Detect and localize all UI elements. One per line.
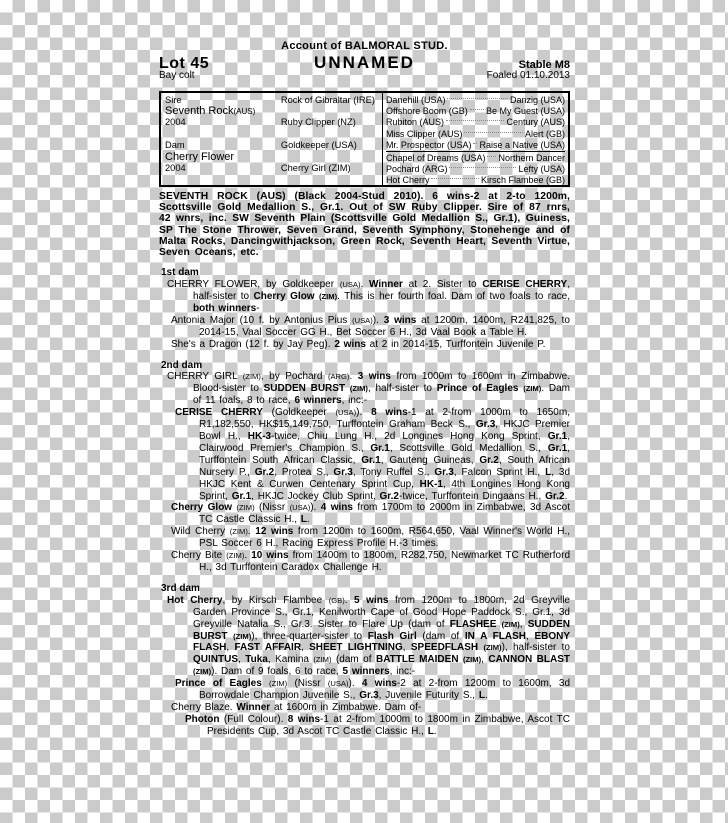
text-segment: , Juvenile Futurity S., xyxy=(379,690,479,701)
ancestor-name: Danzig (USA) xyxy=(510,95,565,105)
text-segment: 5 wins xyxy=(354,595,388,606)
ancestor-name: Lefty (USA) xyxy=(518,164,565,174)
text-segment: (USA) xyxy=(328,679,349,688)
text-segment: (dam of xyxy=(332,654,376,665)
text-segment: 4 wins xyxy=(321,502,353,513)
text-segment: ), half-sister to xyxy=(502,642,570,653)
pedigree-ancestor-row: Mr. Prospector (USA)Raise a Native (USA) xyxy=(386,140,565,152)
ancestor-name: Alert (GB) xyxy=(525,129,565,139)
pedigree-paragraph: She's a Dragon (12 f. by Jay Peg). 2 win… xyxy=(159,339,570,351)
text-segment: Gr.2 xyxy=(255,467,274,478)
dam-section: 2nd damCHERRY GIRL (ZIM), by Pochard (AR… xyxy=(159,360,570,574)
text-segment: Wild Cherry xyxy=(171,526,230,537)
leader-dots xyxy=(487,156,496,157)
text-segment: (ZIM) xyxy=(233,632,251,641)
text-segment: HK-1 xyxy=(420,479,443,490)
ancestor-name: Century (AUS) xyxy=(506,117,565,127)
text-segment: (ZIM) xyxy=(226,551,244,560)
text-segment: Gr.3 xyxy=(333,467,352,478)
pedigree-table: Sire Seventh Rock (AUS) 2004 Dam Cherry … xyxy=(159,91,570,187)
pedigree-col-greatgrandparents: Danehill (USA)Danzig (USA)Offshore Boom … xyxy=(382,93,568,185)
text-segment: ). xyxy=(373,315,384,326)
text-segment: Gr.2 xyxy=(380,491,399,502)
text-segment: (ZIM) xyxy=(502,620,520,629)
text-segment: 6 winners xyxy=(294,395,341,406)
text-segment: , Scottsville Gold Medallion S., xyxy=(390,443,548,454)
damdam: Cherry Girl (ZIM) xyxy=(281,162,382,173)
text-segment: (ZIM) xyxy=(313,655,331,664)
text-segment: , xyxy=(520,619,528,630)
dam-label: Dam xyxy=(165,140,281,151)
text-segment: Gr.1 xyxy=(370,443,389,454)
text-segment: (Nissr xyxy=(255,502,290,513)
text-segment: at 1600m in Zimbabwe. Dam of- xyxy=(270,702,421,713)
text-segment: both winners xyxy=(193,303,256,314)
pedigree-paragraph: Wild Cherry (ZIM). 12 wins from 1200m to… xyxy=(159,526,570,550)
text-segment: Tuka xyxy=(245,654,268,665)
text-segment: - xyxy=(256,303,259,314)
text-segment: (dam of xyxy=(417,631,465,642)
ancestor-name: Chapel of Dreams (USA) xyxy=(386,153,486,163)
spacer-row xyxy=(281,128,382,139)
pedigree-paragraph: CHERRY FLOWER, by Goldkeeper (USA). Winn… xyxy=(159,279,570,315)
leader-dots xyxy=(470,109,484,110)
text-segment: ). xyxy=(348,678,361,689)
text-segment: 12 wins xyxy=(255,526,293,537)
text-segment: , Tony Ruffel S., xyxy=(353,467,434,478)
text-segment: SEVENTH ROCK (AUS) (Black 2004-Stud 2010… xyxy=(159,191,570,258)
text-segment: , half-sister to xyxy=(368,383,437,394)
text-segment: IN A FLASH xyxy=(465,631,526,642)
text-segment: (ZIM) xyxy=(523,384,541,393)
text-segment: , inc:- xyxy=(390,666,415,677)
dam-sections: 1st damCHERRY FLOWER, by Goldkeeper (USA… xyxy=(159,267,570,737)
ancestor-name: Danehill (USA) xyxy=(386,95,446,105)
text-segment: Seventh Rock xyxy=(165,105,233,116)
transparency-checkerboard: Account of BALMORAL STUD. Lot 45 UNNAMED… xyxy=(0,0,728,823)
text-segment: at 2 in 2014-15, Turffontein Juvenile P. xyxy=(366,339,546,350)
pedigree-ancestor-row: Offshore Boom (GB)Be My Guest (USA) xyxy=(386,105,565,116)
text-segment: . xyxy=(485,690,488,701)
catalogue-page: Account of BALMORAL STUD. Lot 45 UNNAMED… xyxy=(159,40,570,738)
text-segment: (Goldkeeper xyxy=(263,407,336,418)
text-segment: (ARG) xyxy=(328,372,350,381)
text-segment: Cherry Glow xyxy=(171,502,237,513)
text-segment: (USA) xyxy=(352,316,373,325)
text-segment: ). xyxy=(356,407,371,418)
text-segment: Prince of Eagles xyxy=(437,383,524,394)
text-segment: Gr.2 xyxy=(479,455,498,466)
pedigree-ancestor-row: Miss Clipper (AUS)Alert (GB) xyxy=(386,128,565,139)
leader-dots xyxy=(449,167,516,168)
leader-dots xyxy=(431,178,479,179)
text-segment: Antonia Major (10 f. by Antonius Pius xyxy=(171,315,352,326)
text-segment: , HKJC Jockey Club Sprint, xyxy=(251,491,379,502)
text-segment: Hot Cherry xyxy=(167,595,222,606)
text-segment: CERISE CHERRY xyxy=(482,279,567,290)
pedigree-paragraph: Photon (Full Colour). 8 wins-1 at 2-from… xyxy=(159,714,570,738)
dam-name: Cherry Flower xyxy=(165,151,281,162)
sire-summary: SEVENTH ROCK (AUS) (Black 2004-Stud 2010… xyxy=(159,191,570,258)
pedigree-paragraph: Hot Cherry, by Kirsch Flambee (GB). 5 wi… xyxy=(159,595,570,678)
text-segment: (ZIM) xyxy=(237,503,255,512)
leader-dots xyxy=(447,98,508,99)
pedigree-ancestor-row: Pochard (ARG)Lefty (USA) xyxy=(386,163,565,174)
text-segment: CANNON BLAST xyxy=(488,654,570,665)
ancestor-name: Northern Dancer xyxy=(498,153,565,163)
text-segment: , xyxy=(403,642,411,653)
text-segment: (ZIM) xyxy=(350,384,368,393)
text-segment: 4 wins xyxy=(362,678,397,689)
text-segment: Cherry Glow xyxy=(254,291,320,302)
text-segment: , by Kirsch Flambee xyxy=(222,595,328,606)
dam-year: 2004 xyxy=(165,162,281,173)
ancestor-name: Hot Cherry xyxy=(386,175,430,185)
text-segment: SPEEDFLASH xyxy=(411,642,484,653)
pedigree-paragraph: Cherry Blaze. Winner at 1600m in Zimbabw… xyxy=(159,702,570,714)
text-segment: SUDDEN BURST xyxy=(264,383,350,394)
text-segment: -twice, Chiu Lung H., 2d Longines Hong K… xyxy=(271,431,548,442)
text-segment: ). xyxy=(310,502,321,513)
text-segment: HK-3 xyxy=(248,431,271,442)
ancestor-name: Miss Clipper (AUS) xyxy=(386,129,463,139)
account-line: Account of BALMORAL STUD. xyxy=(159,40,570,52)
sire-year: 2004 xyxy=(165,117,281,128)
grandsire: Rock of Gibraltar (IRE) xyxy=(281,94,382,105)
text-segment: CHERRY GIRL xyxy=(167,371,243,382)
text-segment: -twice, Turffontein Dingaans H., xyxy=(399,491,545,502)
text-segment: . This is her fourth foal. Dam of two fo… xyxy=(337,291,570,302)
text-segment: Gr.3 xyxy=(434,467,453,478)
text-segment: She's a Dragon (12 f. by Jay Peg). xyxy=(171,339,334,350)
text-segment: , Protea S., xyxy=(274,467,333,478)
text-segment: Gr.1 xyxy=(548,431,567,442)
colour-sex: Bay colt xyxy=(159,70,195,82)
text-segment: (ZIM) xyxy=(193,667,211,676)
dam-section: 3rd damHot Cherry, by Kirsch Flambee (GB… xyxy=(159,583,570,738)
text-segment: (Full Colour). xyxy=(219,714,287,725)
text-segment: Gr.3 xyxy=(359,690,378,701)
text-segment: ), three-quarter-sister to xyxy=(251,631,367,642)
title-row: Lot 45 UNNAMED Stable M8 xyxy=(159,53,570,70)
text-segment: Prince of Eagles xyxy=(175,678,269,689)
damsire: Goldkeeper (USA) xyxy=(281,140,382,151)
spacer-row xyxy=(281,105,382,116)
text-segment: Winner xyxy=(236,702,270,713)
ancestor-name: Mr. Prospector (USA) xyxy=(386,140,472,150)
text-segment: Flash Girl xyxy=(368,631,417,642)
ancestor-name: Raise a Native (USA) xyxy=(479,140,565,150)
pedigree-ancestor-row: Chapel of Dreams (USA)Northern Dancer xyxy=(386,152,565,163)
text-segment: Cherry Blaze. xyxy=(171,702,236,713)
text-segment: . xyxy=(349,371,357,382)
text-segment: , Gauteng Guineas, xyxy=(381,455,480,466)
text-segment: Gr.1 xyxy=(232,491,251,502)
text-segment: (Nissr xyxy=(287,678,328,689)
text-segment: 3 wins xyxy=(384,315,417,326)
text-segment: (ZIM) xyxy=(483,643,501,652)
pedigree-ancestor-row: Danehill (USA)Danzig (USA) xyxy=(386,94,565,105)
pedigree-paragraph: Antonia Major (10 f. by Antonius Pius (U… xyxy=(159,315,570,339)
text-segment: QUINTUS xyxy=(193,654,238,665)
text-segment: Gr.2 xyxy=(545,491,564,502)
text-segment: SHEET LIGHTNING xyxy=(309,642,403,653)
pedigree-paragraph: Cherry Glow (ZIM) (Nissr (USA)). 4 wins … xyxy=(159,502,570,526)
text-segment: Winner xyxy=(369,279,403,290)
text-segment: Photon xyxy=(185,714,219,725)
text-segment: 5 winners xyxy=(343,666,390,677)
text-segment: (ZIM) xyxy=(463,655,481,664)
text-segment: . xyxy=(345,595,354,606)
text-segment: Cherry Flower xyxy=(165,151,234,162)
text-segment: 3 wins xyxy=(358,371,391,382)
text-segment: , inc:- xyxy=(342,395,367,406)
dam-section-heading: 1st dam xyxy=(159,267,570,279)
text-segment: CHERRY FLOWER, by Goldkeeper xyxy=(167,279,340,290)
horse-name: UNNAMED xyxy=(269,53,460,73)
pedigree-ancestor-row: Rubiton (AUS)Century (AUS) xyxy=(386,117,565,128)
text-segment: (AUS) xyxy=(233,107,255,116)
leader-dots xyxy=(473,143,477,144)
pedigree-col-parents: Sire Seventh Rock (AUS) 2004 Dam Cherry … xyxy=(161,93,281,185)
text-segment: 8 wins xyxy=(288,714,320,725)
text-segment: Gr.1 xyxy=(361,455,380,466)
sire-name: Seventh Rock (AUS) xyxy=(165,105,281,116)
leader-dots xyxy=(446,120,505,121)
text-segment: FAST AFFAIR xyxy=(234,642,301,653)
sire-label: Sire xyxy=(165,94,281,105)
text-segment: . xyxy=(565,491,568,502)
text-segment: , Kamina xyxy=(268,654,314,665)
text-segment: (GB) xyxy=(329,596,345,605)
text-segment: . xyxy=(434,726,437,737)
ancestor-name: Be My Guest (USA) xyxy=(486,106,565,116)
text-segment: , by Pochard xyxy=(261,371,328,382)
text-segment: , xyxy=(301,642,309,653)
foaled-date: Foaled 01.10.2013 xyxy=(487,70,570,82)
pedigree-paragraph: CHERRY GIRL (ZIM), by Pochard (ARG). 3 w… xyxy=(159,371,570,407)
text-segment: 8 wins xyxy=(371,407,408,418)
pedigree-paragraph: CERISE CHERRY (Goldkeeper (USA)). 8 wins… xyxy=(159,407,570,502)
text-segment: , Falcon Sprint H., xyxy=(454,467,545,478)
text-segment: (ZIM) xyxy=(269,679,287,688)
text-segment: . xyxy=(307,514,310,525)
pedigree-ancestor-row: Hot CherryKirsch Flambee (GB) xyxy=(386,175,565,186)
dam-section: 1st damCHERRY FLOWER, by Goldkeeper (USA… xyxy=(159,267,570,350)
text-segment: BATTLE MAIDEN xyxy=(376,654,463,665)
ancestor-name: Pochard (ARG) xyxy=(386,164,448,174)
spacer-row xyxy=(281,151,382,162)
text-segment: at 2. Sister to xyxy=(403,279,482,290)
text-segment: ). Dam of 9 foals, 6 to race, xyxy=(211,666,342,677)
pedigree-col-grandparents: Rock of Gibraltar (IRE) Ruby Clipper (NZ… xyxy=(281,93,382,185)
text-segment: . xyxy=(360,279,369,290)
dam-section-heading: 2nd dam xyxy=(159,360,570,372)
text-segment: Gr.1 xyxy=(548,443,567,454)
text-segment: (USA) xyxy=(290,503,311,512)
ancestor-name: Offshore Boom (GB) xyxy=(386,106,468,116)
ancestor-name: Kirsch Flambee (GB) xyxy=(481,175,565,185)
text-segment: Cherry Bite xyxy=(171,550,226,561)
text-segment: Gr.3 xyxy=(476,419,495,430)
text-segment: (ZIM) xyxy=(243,372,261,381)
text-segment: 2 wins xyxy=(334,339,366,350)
text-segment: (ZIM) xyxy=(230,527,248,536)
dam-section-heading: 3rd dam xyxy=(159,583,570,595)
pedigree-paragraph: Cherry Bite (ZIM). 10 wins from 1400m to… xyxy=(159,550,570,574)
text-segment: 10 wins xyxy=(251,550,288,561)
text-segment: CERISE CHERRY xyxy=(175,407,263,418)
ancestor-name: Rubiton (AUS) xyxy=(386,117,444,127)
granddam: Ruby Clipper (NZ) xyxy=(281,117,382,128)
text-segment: (ZIM) xyxy=(319,292,337,301)
spacer-row xyxy=(165,128,281,139)
text-segment: (USA) xyxy=(340,280,361,289)
text-segment: (USA) xyxy=(335,408,356,417)
pedigree-paragraph: Prince of Eagles (ZIM) (Nissr (USA)). 4 … xyxy=(159,678,570,702)
text-segment: FLASHEE xyxy=(450,619,502,630)
leader-dots xyxy=(464,132,523,133)
